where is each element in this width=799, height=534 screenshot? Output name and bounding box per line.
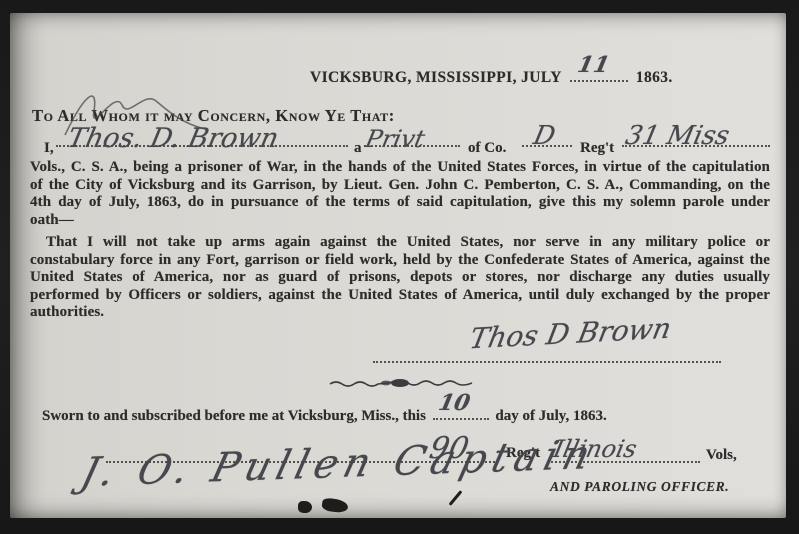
sworn-line: Sworn to and subscribed before me at Vic… xyxy=(42,404,607,425)
vols-label: Vols, xyxy=(706,447,737,464)
handwritten-regiment: 31 Miss xyxy=(623,121,732,151)
handwritten-rank: Privt xyxy=(363,125,427,153)
regt-label: Reg't xyxy=(580,140,614,157)
handwritten-day: 11 xyxy=(575,52,612,78)
body-paragraph-2: That I will not take up arms again again… xyxy=(30,234,770,322)
ink-squiggle xyxy=(328,375,488,391)
body-paragraph-1: Vols., C. S. A., being a prisoner of War… xyxy=(30,159,770,229)
header-year-text: 1863. xyxy=(636,69,673,86)
ink-blob xyxy=(298,501,312,513)
sworn-day-blank: 10 xyxy=(433,404,489,420)
ink-scratch xyxy=(449,490,463,506)
of-co-label: of Co. xyxy=(468,140,506,157)
handwritten-sworn-day: 10 xyxy=(436,390,472,416)
header-date-line: VICKSBURG, MISSISSIPPI, JULY 11 1863. xyxy=(310,66,673,87)
handwritten-name: Thos. D. Brown xyxy=(65,123,282,154)
parolee-signature-line xyxy=(373,361,721,363)
officer-signature: J. O. Pullen Captain xyxy=(76,432,600,496)
ink-blob xyxy=(321,497,349,513)
photo-frame: VICKSBURG, MISSISSIPPI, JULY 11 1863. To… xyxy=(0,0,799,534)
identity-prefix: I, xyxy=(44,140,54,157)
officer-title: AND PAROLING OFFICER. xyxy=(550,479,729,495)
day-blank: 11 xyxy=(570,66,628,82)
sworn-prefix: Sworn to and subscribed before me at Vic… xyxy=(42,408,426,424)
parole-document: VICKSBURG, MISSISSIPPI, JULY 11 1863. To… xyxy=(10,13,786,518)
header-place-text: VICKSBURG, MISSISSIPPI, JULY xyxy=(310,69,561,86)
article-a: a xyxy=(354,140,362,157)
sworn-suffix: day of July, 1863. xyxy=(495,408,606,424)
